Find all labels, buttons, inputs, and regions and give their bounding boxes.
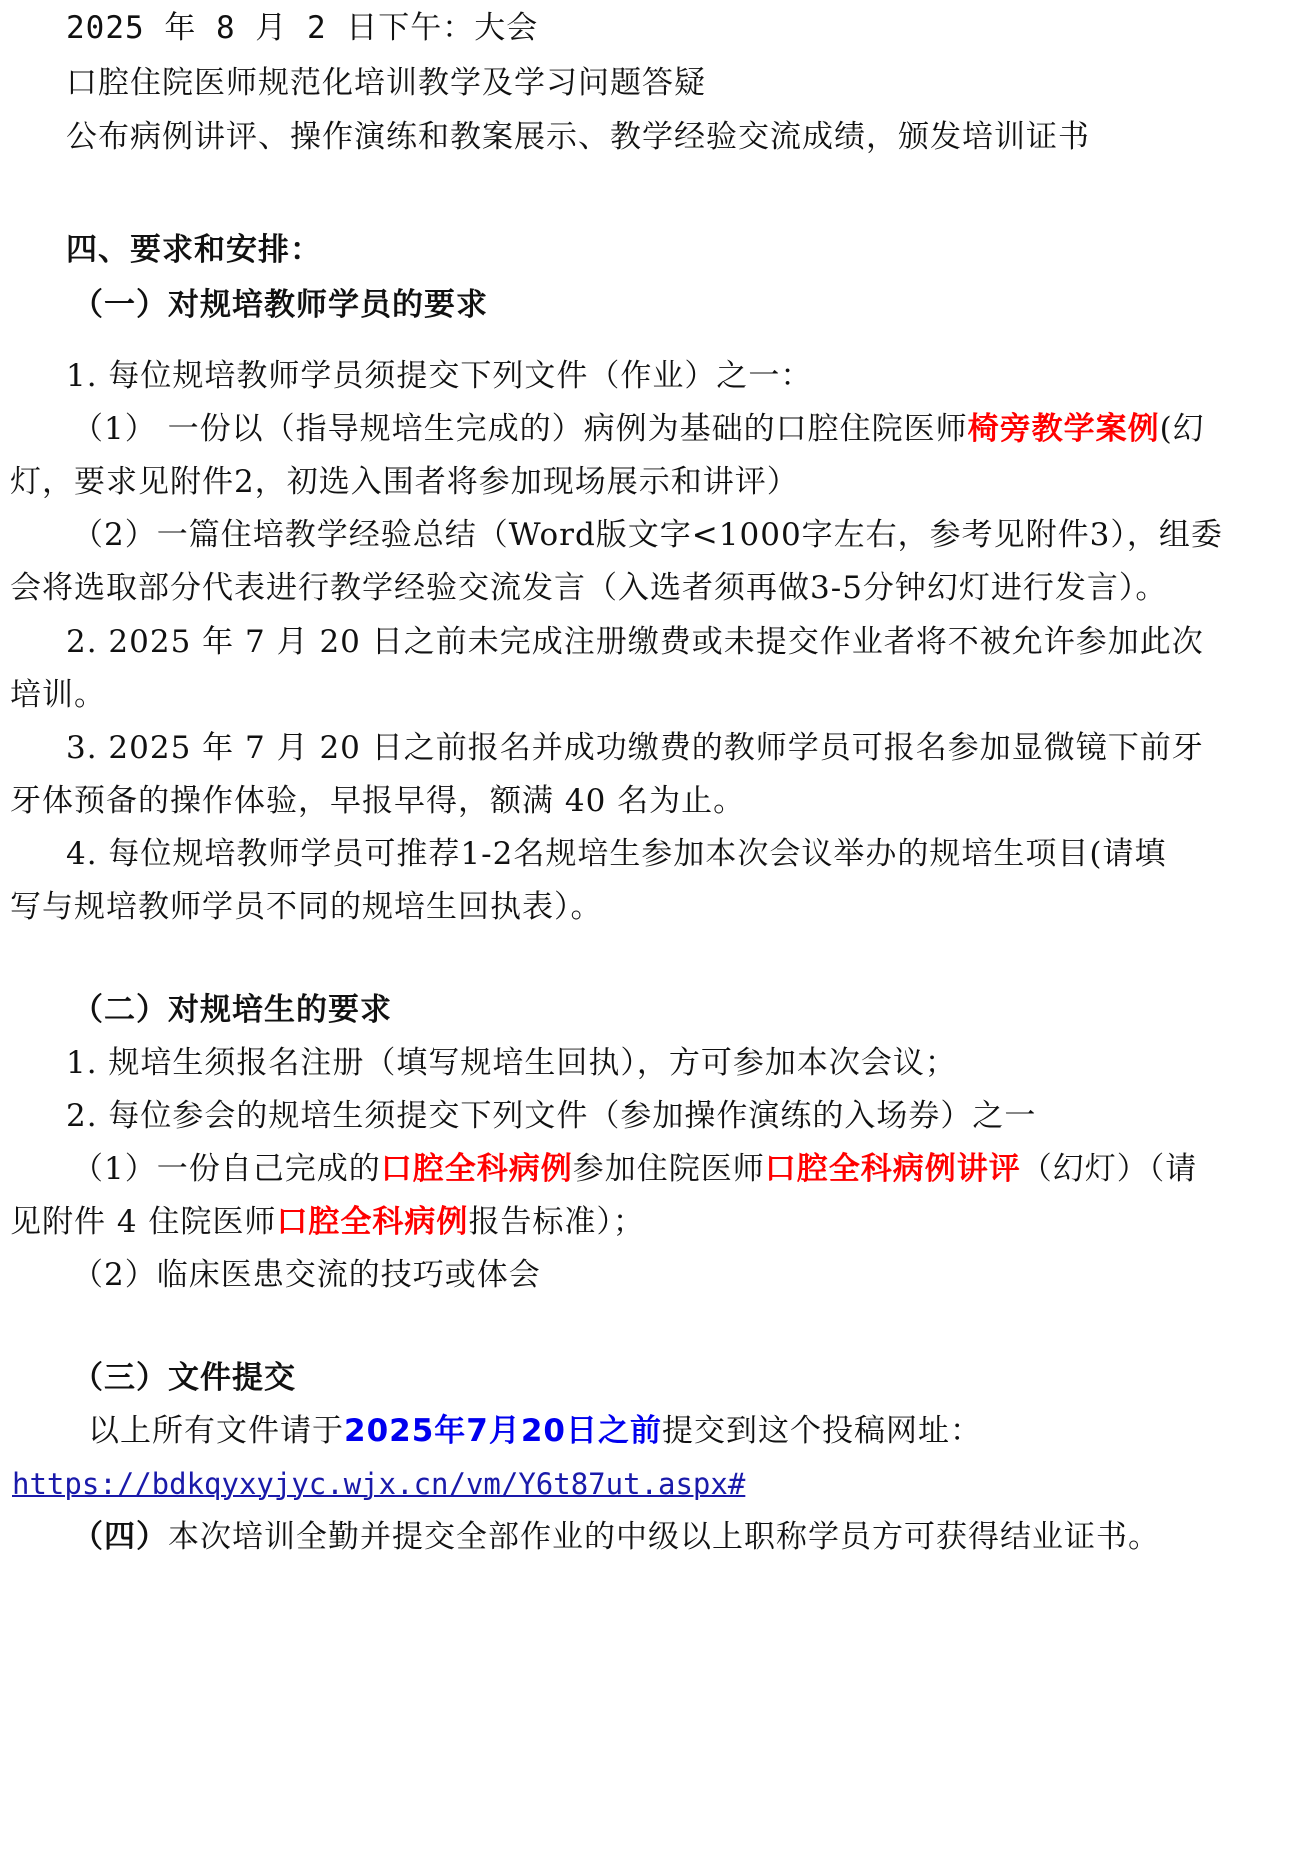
paragraph: 灯，要求见附件2，初选入围者将参加现场展示和讲评） <box>10 462 799 502</box>
subsection-heading: （二）对规培生的要求 <box>72 990 392 1030</box>
paragraph: （1） 一份以（指导规培生完成的）病例为基础的口腔住院医师椅旁教学案例(幻 <box>72 409 1205 449</box>
paragraph: 培训。 <box>10 675 106 715</box>
text: 以上所有文件请于 <box>88 1413 344 1449</box>
text: 提交到这个投稿网址： <box>662 1413 982 1449</box>
highlight-text: 口腔全科病例讲评 <box>765 1151 1021 1187</box>
paragraph: 会将选取部分代表进行教学经验交流发言（入选者须再做3-5分钟幻灯进行发言）。 <box>10 568 1167 608</box>
text: 参加住院医师 <box>573 1151 765 1187</box>
paragraph: （2）一篇住培教学经验总结（Word版文字<1000字左右，参考见附件3），组委 <box>72 515 1223 555</box>
text: 见附件 4 住院医师 <box>10 1204 276 1240</box>
paragraph: （2）临床医患交流的技巧或体会 <box>72 1255 541 1295</box>
paragraph: （1）一份自己完成的口腔全科病例参加住院医师口腔全科病例讲评（幻灯）（请 <box>72 1149 1197 1189</box>
subsection-heading: （三）文件提交 <box>72 1358 296 1398</box>
paragraph: 写与规培教师学员不同的规培生回执表）。 <box>10 887 603 927</box>
schedule-item: 公布病例讲评、操作演练和教案展示、教学经验交流成绩，颁发培训证书 <box>66 117 1090 157</box>
text: (幻 <box>1160 411 1205 447</box>
highlight-text: 口腔全科病例 <box>381 1151 573 1187</box>
section-heading: 四、要求和安排： <box>66 230 322 270</box>
paragraph: 2. 2025 年 7 月 20 日之前未完成注册缴费或未提交作业者将不被允许参… <box>66 622 1204 662</box>
schedule-heading: 2025 年 8 月 2 日下午：大会 <box>66 8 538 48</box>
text: （1） 一份以（指导规培生完成的）病例为基础的口腔住院医师 <box>72 411 968 447</box>
deadline-highlight: 2025年7月20日之前 <box>344 1413 662 1449</box>
submission-link[interactable]: https://bdkqyxyjyc.wjx.cn/vm/Y6t87ut.asp… <box>12 1467 745 1501</box>
subsection-heading: （一）对规培教师学员的要求 <box>72 285 488 325</box>
subsection-label: （四） <box>72 1519 168 1555</box>
paragraph: 4. 每位规培教师学员可推荐1-2名规培生参加本次会议举办的规培生项目(请填 <box>66 834 1166 874</box>
paragraph: 牙体预备的操作体验，早报早得，额满 40 名为止。 <box>10 781 745 821</box>
paragraph: 1. 规培生须报名注册（填写规培生回执），方可参加本次会议； <box>66 1043 957 1083</box>
paragraph: 2. 每位参会的规培生须提交下列文件（参加操作演练的入场券）之一 <box>66 1096 1036 1136</box>
schedule-item: 口腔住院医师规范化培训教学及学习问题答疑 <box>66 63 706 103</box>
paragraph: 见附件 4 住院医师口腔全科病例报告标准）； <box>10 1202 645 1242</box>
paragraph: 3. 2025 年 7 月 20 日之前报名并成功缴费的教师学员可报名参加显微镜… <box>66 728 1204 768</box>
highlight-text: 椅旁教学案例 <box>968 411 1160 447</box>
highlight-text: 口腔全科病例 <box>276 1204 468 1240</box>
paragraph: 1. 每位规培教师学员须提交下列文件（作业）之一： <box>66 356 812 396</box>
text: 本次培训全勤并提交全部作业的中级以上职称学员方可获得结业证书。 <box>168 1519 1160 1555</box>
text: 报告标准）； <box>468 1204 645 1240</box>
text: （幻灯）（请 <box>1021 1151 1198 1187</box>
paragraph: 以上所有文件请于2025年7月20日之前提交到这个投稿网址： <box>88 1411 982 1451</box>
text: （1）一份自己完成的 <box>72 1151 381 1187</box>
url-line: https://bdkqyxyjyc.wjx.cn/vm/Y6t87ut.asp… <box>12 1464 745 1504</box>
paragraph: （四）本次培训全勤并提交全部作业的中级以上职称学员方可获得结业证书。 <box>72 1517 1160 1557</box>
